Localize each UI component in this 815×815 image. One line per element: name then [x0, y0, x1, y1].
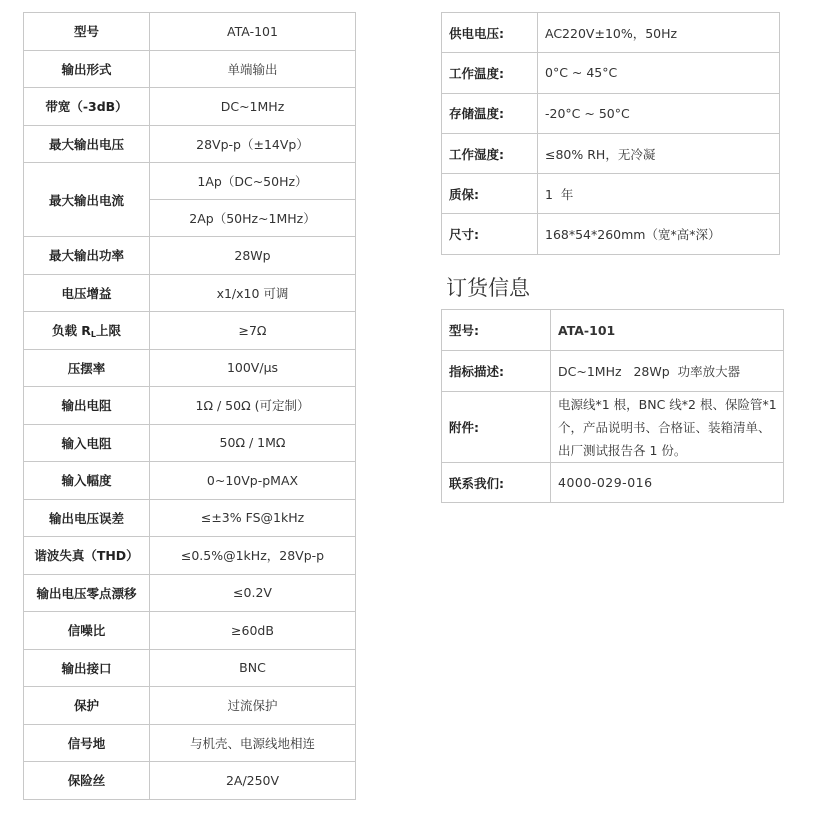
spec-value: AC220V±10%，50Hz — [538, 13, 780, 53]
table-row: 输出电压零点漂移≤0.2V — [24, 574, 356, 612]
spec-value: DC~1MHz — [150, 88, 356, 126]
spec-value: x1/x10 可调 — [150, 274, 356, 312]
spec-label: 最大输出功率 — [24, 237, 150, 275]
spec-value: -20°C ~ 50°C — [538, 93, 780, 133]
spec-label: 压摆率 — [24, 349, 150, 387]
spec-value: 100V/μs — [150, 349, 356, 387]
spec-label: 供电电压: — [442, 13, 538, 53]
order-label: 联系我们: — [442, 463, 551, 503]
order-label: 附件: — [442, 392, 551, 463]
order-info-heading: 订货信息 — [446, 272, 530, 302]
contact-phone: 4000-029-016 — [551, 463, 784, 503]
spec-label: 信号地 — [24, 724, 150, 762]
spec-value: 1Ω / 50Ω (可定制） — [150, 387, 356, 425]
table-row: 带宽（-3dB）DC~1MHz — [24, 88, 356, 126]
spec-value: 2A/250V — [150, 762, 356, 800]
table-row: 信号地与机壳、电源线地相连 — [24, 724, 356, 762]
spec-label: 负载 RL上限 — [24, 312, 150, 350]
spec-label: 输出电阻 — [24, 387, 150, 425]
table-row: 电压增益x1/x10 可调 — [24, 274, 356, 312]
spec-table-left: 型号ATA-101 输出形式单端输出 带宽（-3dB）DC~1MHz 最大输出电… — [23, 12, 356, 800]
spec-value: 50Ω / 1MΩ — [150, 424, 356, 462]
spec-label: 尺寸: — [442, 214, 538, 254]
table-row: 型号:ATA-101 — [442, 310, 784, 351]
table-row: 输出形式单端输出 — [24, 50, 356, 88]
spec-label: 工作湿度: — [442, 133, 538, 173]
label-text: 负载 R — [52, 323, 91, 338]
table-row: 保险丝2A/250V — [24, 762, 356, 800]
spec-label: 输出接口 — [24, 649, 150, 687]
spec-value: 28Wp — [150, 237, 356, 275]
table-row: 输出电阻1Ω / 50Ω (可定制） — [24, 387, 356, 425]
spec-value: 28Vp-p（±14Vp） — [150, 125, 356, 163]
spec-label: 输出形式 — [24, 50, 150, 88]
spec-label: 信噪比 — [24, 612, 150, 650]
table-row: 输出电压误差≤±3% FS@1kHz — [24, 499, 356, 537]
spec-value: ≥7Ω — [150, 312, 356, 350]
order-label: 指标描述: — [442, 351, 551, 392]
order-value: 电源线*1 根，BNC 线*2 根、保险管*1 个，产品说明书、合格证、装箱清单… — [551, 392, 784, 463]
spec-value: 过流保护 — [150, 687, 356, 725]
spec-value: 0~10Vp-pMAX — [150, 462, 356, 500]
spec-label: 电压增益 — [24, 274, 150, 312]
order-value: ATA-101 — [551, 310, 784, 351]
table-row: 最大输出电流1Ap（DC~50Hz） — [24, 163, 356, 200]
table-row: 最大输出电压28Vp-p（±14Vp） — [24, 125, 356, 163]
table-row: 输入幅度0~10Vp-pMAX — [24, 462, 356, 500]
spec-table-right: 供电电压:AC220V±10%，50Hz 工作温度:0°C ~ 45°C 存储温… — [441, 12, 780, 255]
spec-value: ≥60dB — [150, 612, 356, 650]
spec-value: ≤80% RH，无冷凝 — [538, 133, 780, 173]
spec-value: ≤0.5%@1kHz，28Vp-p — [150, 537, 356, 575]
table-row: 输入电阻50Ω / 1MΩ — [24, 424, 356, 462]
spec-label: 存储温度: — [442, 93, 538, 133]
spec-label: 输入电阻 — [24, 424, 150, 462]
table-row: 谐波失真（THD）≤0.5%@1kHz，28Vp-p — [24, 537, 356, 575]
spec-value: ≤±3% FS@1kHz — [150, 499, 356, 537]
spec-value: 与机壳、电源线地相连 — [150, 724, 356, 762]
order-value: DC~1MHz 28Wp 功率放大器 — [551, 351, 784, 392]
spec-label: 工作温度: — [442, 53, 538, 93]
table-row: 指标描述:DC~1MHz 28Wp 功率放大器 — [442, 351, 784, 392]
table-row: 供电电压:AC220V±10%，50Hz — [442, 13, 780, 53]
spec-label: 保护 — [24, 687, 150, 725]
table-row: 输出接口BNC — [24, 649, 356, 687]
spec-label: 输出电压零点漂移 — [24, 574, 150, 612]
spec-label: 谐波失真（THD） — [24, 537, 150, 575]
spec-label: 型号 — [24, 13, 150, 51]
spec-label: 输出电压误差 — [24, 499, 150, 537]
table-row: 附件:电源线*1 根，BNC 线*2 根、保险管*1 个，产品说明书、合格证、装… — [442, 392, 784, 463]
order-info-table: 型号:ATA-101 指标描述:DC~1MHz 28Wp 功率放大器 附件:电源… — [441, 309, 784, 503]
table-row: 型号ATA-101 — [24, 13, 356, 51]
spec-value: ATA-101 — [150, 13, 356, 51]
spec-label: 质保: — [442, 174, 538, 214]
spec-value: BNC — [150, 649, 356, 687]
label-text: 上限 — [96, 323, 121, 338]
spec-value: 单端输出 — [150, 50, 356, 88]
table-row: 工作湿度:≤80% RH，无冷凝 — [442, 133, 780, 173]
table-row: 负载 RL上限≥7Ω — [24, 312, 356, 350]
spec-label: 最大输出电流 — [24, 163, 150, 237]
table-row: 信噪比≥60dB — [24, 612, 356, 650]
spec-value: ≤0.2V — [150, 574, 356, 612]
table-row: 联系我们:4000-029-016 — [442, 463, 784, 503]
spec-value: 2Ap（50Hz~1MHz） — [150, 200, 356, 237]
spec-value: 168*54*260mm（宽*高*深） — [538, 214, 780, 254]
table-row: 保护过流保护 — [24, 687, 356, 725]
table-row: 质保:1 年 — [442, 174, 780, 214]
table-row: 工作温度:0°C ~ 45°C — [442, 53, 780, 93]
table-row: 尺寸:168*54*260mm（宽*高*深） — [442, 214, 780, 254]
spec-label: 保险丝 — [24, 762, 150, 800]
spec-label: 最大输出电压 — [24, 125, 150, 163]
spec-value: 1Ap（DC~50Hz） — [150, 163, 356, 200]
table-row: 最大输出功率28Wp — [24, 237, 356, 275]
order-label: 型号: — [442, 310, 551, 351]
table-row: 存储温度:-20°C ~ 50°C — [442, 93, 780, 133]
spec-value: 0°C ~ 45°C — [538, 53, 780, 93]
spec-value: 1 年 — [538, 174, 780, 214]
spec-label: 输入幅度 — [24, 462, 150, 500]
spec-label: 带宽（-3dB） — [24, 88, 150, 126]
table-row: 压摆率100V/μs — [24, 349, 356, 387]
